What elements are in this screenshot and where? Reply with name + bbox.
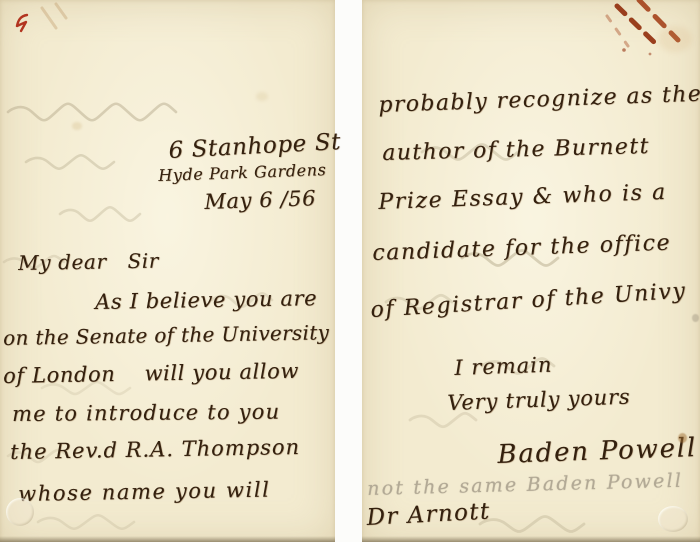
body-line: of London will you allow (3, 361, 299, 387)
body-line: author of the Burnett (382, 136, 650, 165)
date-line: May 6 /56 (204, 188, 316, 213)
body-line: the Rev.d R.A. Thompson (10, 437, 300, 463)
body-line: of Registrar of the Univy (370, 281, 687, 322)
body-line: me to introduce to you (12, 402, 280, 425)
body-line: probably recognize as the (378, 84, 700, 117)
closing-line: Very truly yours (447, 387, 631, 414)
address-line: Hyde Park Gardens (158, 162, 327, 184)
foxing-spot (692, 314, 699, 322)
red-check-mark (17, 15, 27, 31)
closing-line: I remain (454, 355, 553, 379)
salutation: My dear Sir (18, 251, 159, 273)
stain (658, 26, 692, 52)
letter-page-right: probably recognize as the author of the … (362, 0, 700, 542)
address-line: 6 Stanhope St (168, 131, 342, 163)
embossed-seal (658, 506, 688, 532)
pencil-annotation: not the same Baden Powell (367, 472, 683, 499)
body-line: on the Senate of the University (3, 322, 329, 348)
letter-scan: 6 Stanhope St Hyde Park Gardens May 6 /5… (0, 0, 700, 542)
addressee-line: Dr Arnott (366, 501, 491, 530)
foxing-spot (72, 122, 82, 130)
foxing-spot (256, 92, 268, 101)
signature: Baden Powell (497, 435, 697, 468)
body-line: Prize Essay & who is a (378, 182, 667, 214)
smudge-streaks (42, 4, 66, 28)
body-line: As I believe you are (95, 288, 317, 313)
body-line: candidate for the office (372, 233, 672, 265)
body-line: whose name you will (18, 480, 271, 505)
red-dash-marks (607, 0, 678, 55)
letter-page-left: 6 Stanhope St Hyde Park Gardens May 6 /5… (0, 0, 335, 542)
